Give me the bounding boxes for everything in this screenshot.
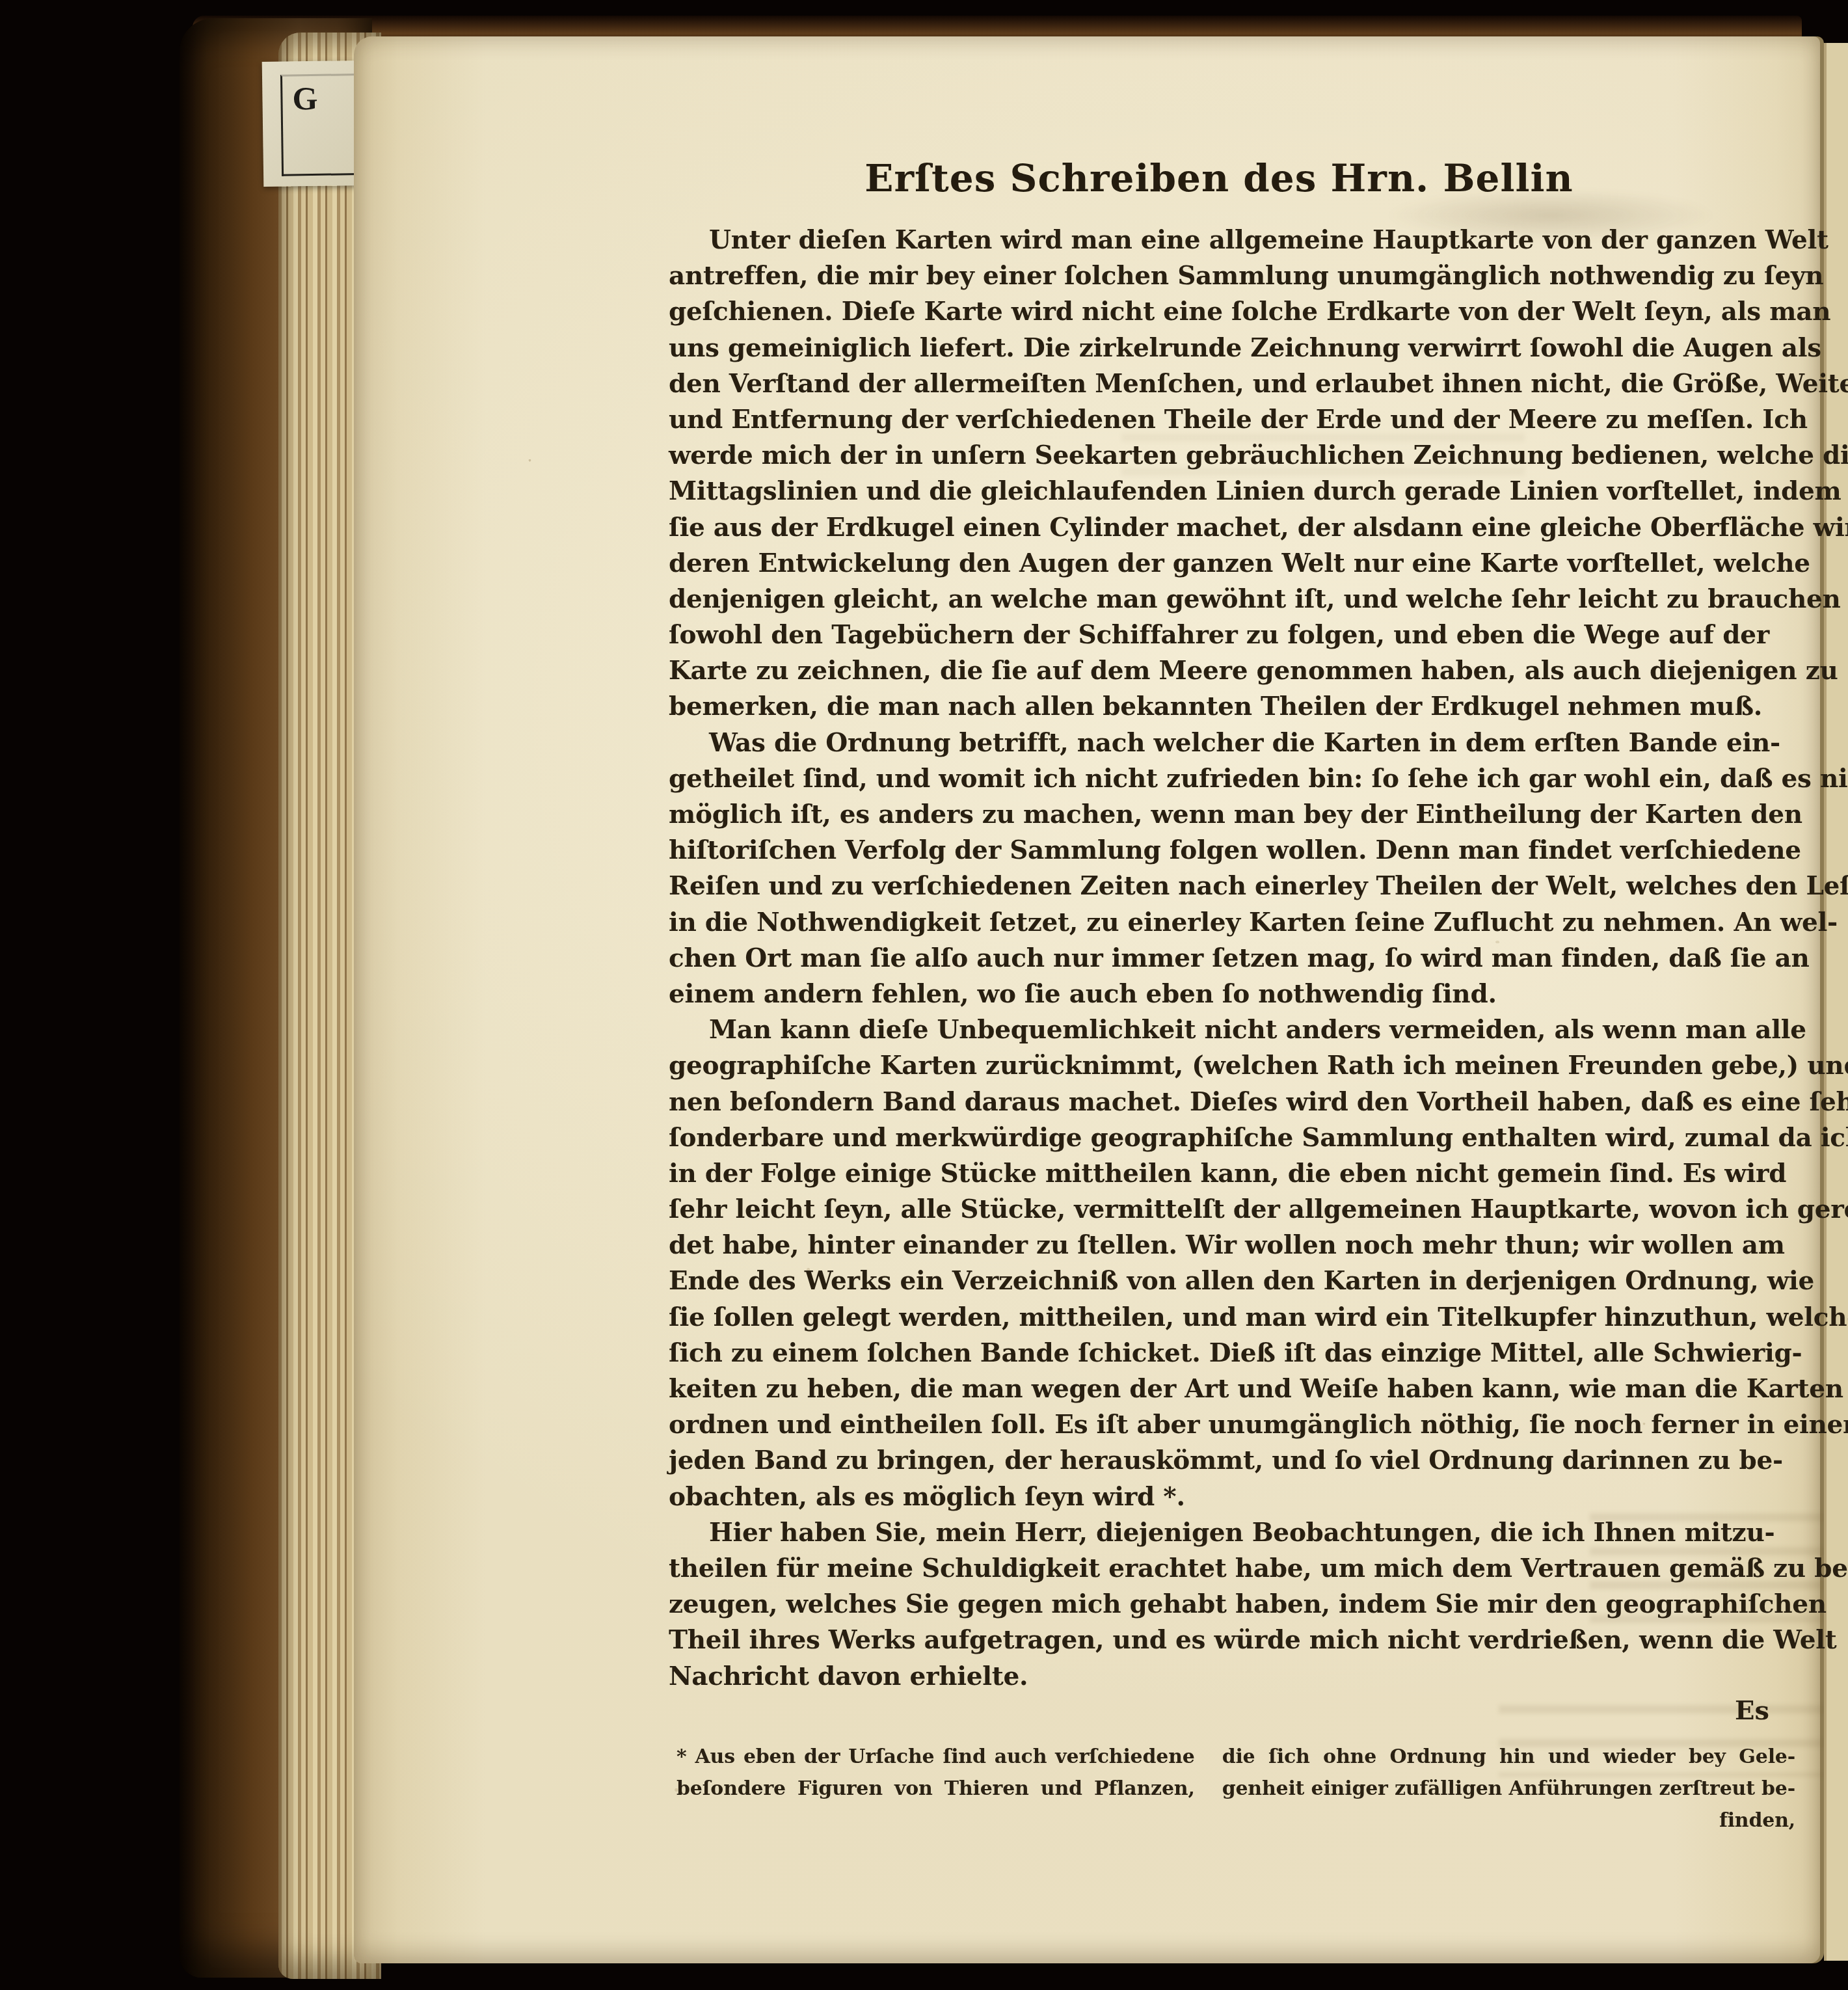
text-line: ſowohl den Tagebüchern der Schiffahrer z…	[669, 617, 1769, 653]
text-line: werde mich der in unſern Seekarten gebrä…	[669, 438, 1769, 474]
catchword: Es	[1561, 1695, 1769, 1726]
book-photograph: G Erſtes Schreiben des Hrn. Bellin Unter…	[0, 0, 1848, 1990]
next-leaf-edge	[1824, 43, 1848, 1961]
text-line: denjenigen gleicht, an welche man gewöhn…	[669, 582, 1769, 617]
bookmark-letter: G	[292, 79, 318, 118]
text-line: in der Folge einige Stücke mittheilen ka…	[669, 1156, 1769, 1192]
footnote-line: die ſich ohne Ordnung hin und wieder bey…	[1222, 1741, 1795, 1773]
text-line: den Verſtand der allermeiſten Menſchen, …	[669, 366, 1769, 402]
text-line: antreffen, die mir bey einer ſolchen Sam…	[669, 258, 1769, 294]
text-line: bemerken, die man nach allen bekannten T…	[669, 689, 1769, 725]
text-line: in die Nothwendigkeit ſetzet, zu einerle…	[669, 905, 1769, 941]
text-line: hiſtoriſchen Verfolg der Sammlung folgen…	[669, 833, 1769, 868]
text-line: ſie aus der Erdkugel einen Cylinder mach…	[669, 510, 1769, 546]
text-line: nen beſondern Band daraus machet. Dieſes…	[669, 1084, 1769, 1120]
text-line: ſich zu einem ſolchen Bande ſchicket. Di…	[669, 1336, 1769, 1371]
page-title: Erſtes Schreiben des Hrn. Bellin	[669, 156, 1769, 200]
text-line: Hier haben Sie, mein Herr, diejenigen Be…	[669, 1515, 1769, 1551]
text-line: ſie ſollen gelegt werden, mittheilen, un…	[669, 1300, 1769, 1336]
body-text: Unter dieſen Karten wird man eine allgem…	[669, 222, 1769, 1695]
bookmark-slip: G	[262, 61, 366, 187]
footnote-line: genheit einiger zufälligen Anführungen z…	[1222, 1773, 1795, 1805]
text-line: Man kann dieſe Unbequemlichkeit nicht an…	[669, 1012, 1769, 1048]
text-line: det habe, hinter einander zu ſtellen. Wi…	[669, 1228, 1769, 1263]
text-line: ſehr leicht ſeyn, alle Stücke, vermittel…	[669, 1192, 1769, 1228]
text-line: Unter dieſen Karten wird man eine allgem…	[669, 222, 1769, 258]
text-line: theilen für meine Schuldigkeit erachtet …	[669, 1551, 1769, 1587]
text-line: jeden Band zu bringen, der herauskömmt, …	[669, 1443, 1769, 1479]
text-line: Theil ihres Werks aufgetragen, und es wü…	[669, 1622, 1769, 1658]
footnote-column-right: die ſich ohne Ordnung hin und wieder bey…	[1222, 1741, 1795, 1836]
text-line: Ende des Werks ein Verzeichniß von allen…	[669, 1263, 1769, 1299]
text-line: Karte zu zeichnen, die ſie auf dem Meere…	[669, 653, 1769, 689]
text-line: uns gemeiniglich liefert. Die zirkelrund…	[669, 330, 1769, 366]
footnote-line: beſondere Figuren von Thieren und Pflanz…	[676, 1773, 1195, 1805]
text-line: Mittagslinien und die gleichlaufenden Li…	[669, 474, 1769, 509]
text-line: zeugen, welches Sie gegen mich gehabt ha…	[669, 1587, 1769, 1622]
text-line: einem andern fehlen, wo ſie auch eben ſo…	[669, 976, 1769, 1012]
text-line: Reiſen und zu verſchiedenen Zeiten nach …	[669, 868, 1769, 904]
text-line: chen Ort man ſie alſo auch nur immer ſet…	[669, 941, 1769, 976]
text-line: getheilet ſind, und womit ich nicht zufr…	[669, 761, 1769, 797]
text-line: ordnen und eintheilen ſoll. Es iſt aber …	[669, 1407, 1769, 1443]
text-line: möglich iſt, es anders zu machen, wenn m…	[669, 797, 1769, 833]
text-line: geographiſche Karten zurücknimmt, (welch…	[669, 1048, 1769, 1084]
text-line: und Entfernung der verſchiedenen Theile …	[669, 402, 1769, 438]
text-line: keiten zu heben, die man wegen der Art u…	[669, 1371, 1769, 1407]
text-line: ſonderbare und merkwürdige geographiſche…	[669, 1120, 1769, 1156]
text-line: obachten, als es möglich ſeyn wird *.	[669, 1479, 1769, 1515]
footnote-line: finden,	[1222, 1805, 1795, 1836]
footnote: * Aus eben der Urſache ſind auch verſchi…	[676, 1741, 1795, 1836]
text-line: Was die Ordnung betrifft, nach welcher d…	[669, 725, 1769, 761]
text-line: geſchienen. Dieſe Karte wird nicht eine …	[669, 294, 1769, 330]
text-line: deren Entwickelung den Augen der ganzen …	[669, 546, 1769, 582]
footnote-column-left: * Aus eben der Urſache ſind auch verſchi…	[676, 1741, 1195, 1836]
text-line: Nachricht davon erhielte.	[669, 1659, 1769, 1695]
footnote-line: * Aus eben der Urſache ſind auch verſchi…	[676, 1741, 1195, 1773]
